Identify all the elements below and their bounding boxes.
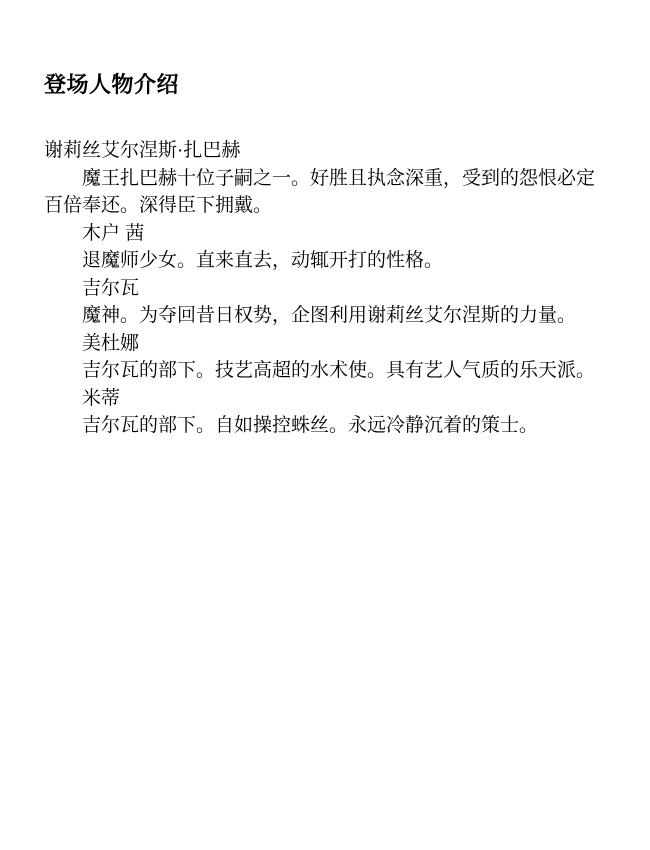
character-name: 米蒂 (44, 385, 606, 413)
character-entry: 美杜娜 吉尔瓦的部下。技艺高超的水术使。具有艺人气质的乐天派。 (44, 330, 606, 385)
character-list: 谢莉丝艾尔涅斯·扎巴赫 魔王扎巴赫十位子嗣之一。好胜且执念深重，受到的怨恨必定 … (44, 137, 606, 440)
character-description-line: 魔神。为夺回昔日权势，企图利用谢莉丝艾尔涅斯的力量。 (44, 302, 606, 330)
character-name: 木户 茜 (44, 220, 606, 248)
character-description-line: 退魔师少女。直来直去，动辄开打的性格。 (44, 247, 606, 275)
character-description-line: 吉尔瓦的部下。自如操控蛛丝。永远冷静沉着的策士。 (44, 412, 606, 440)
character-description-line: 魔王扎巴赫十位子嗣之一。好胜且执念深重，受到的怨恨必定 (44, 165, 606, 193)
character-entry: 木户 茜 退魔师少女。直来直去，动辄开打的性格。 (44, 220, 606, 275)
character-entry: 谢莉丝艾尔涅斯·扎巴赫 魔王扎巴赫十位子嗣之一。好胜且执念深重，受到的怨恨必定 … (44, 137, 606, 220)
character-name: 吉尔瓦 (44, 275, 606, 303)
character-name: 谢莉丝艾尔涅斯·扎巴赫 (44, 137, 606, 165)
page-title: 登场人物介绍 (44, 72, 606, 98)
character-description-line: 百倍奉还。深得臣下拥戴。 (44, 192, 606, 220)
character-description-line: 吉尔瓦的部下。技艺高超的水术使。具有艺人气质的乐天派。 (44, 357, 606, 385)
character-entry: 吉尔瓦 魔神。为夺回昔日权势，企图利用谢莉丝艾尔涅斯的力量。 (44, 275, 606, 330)
page: 登场人物介绍 谢莉丝艾尔涅斯·扎巴赫 魔王扎巴赫十位子嗣之一。好胜且执念深重，受… (0, 0, 650, 850)
character-entry: 米蒂 吉尔瓦的部下。自如操控蛛丝。永远冷静沉着的策士。 (44, 385, 606, 440)
character-name: 美杜娜 (44, 330, 606, 358)
